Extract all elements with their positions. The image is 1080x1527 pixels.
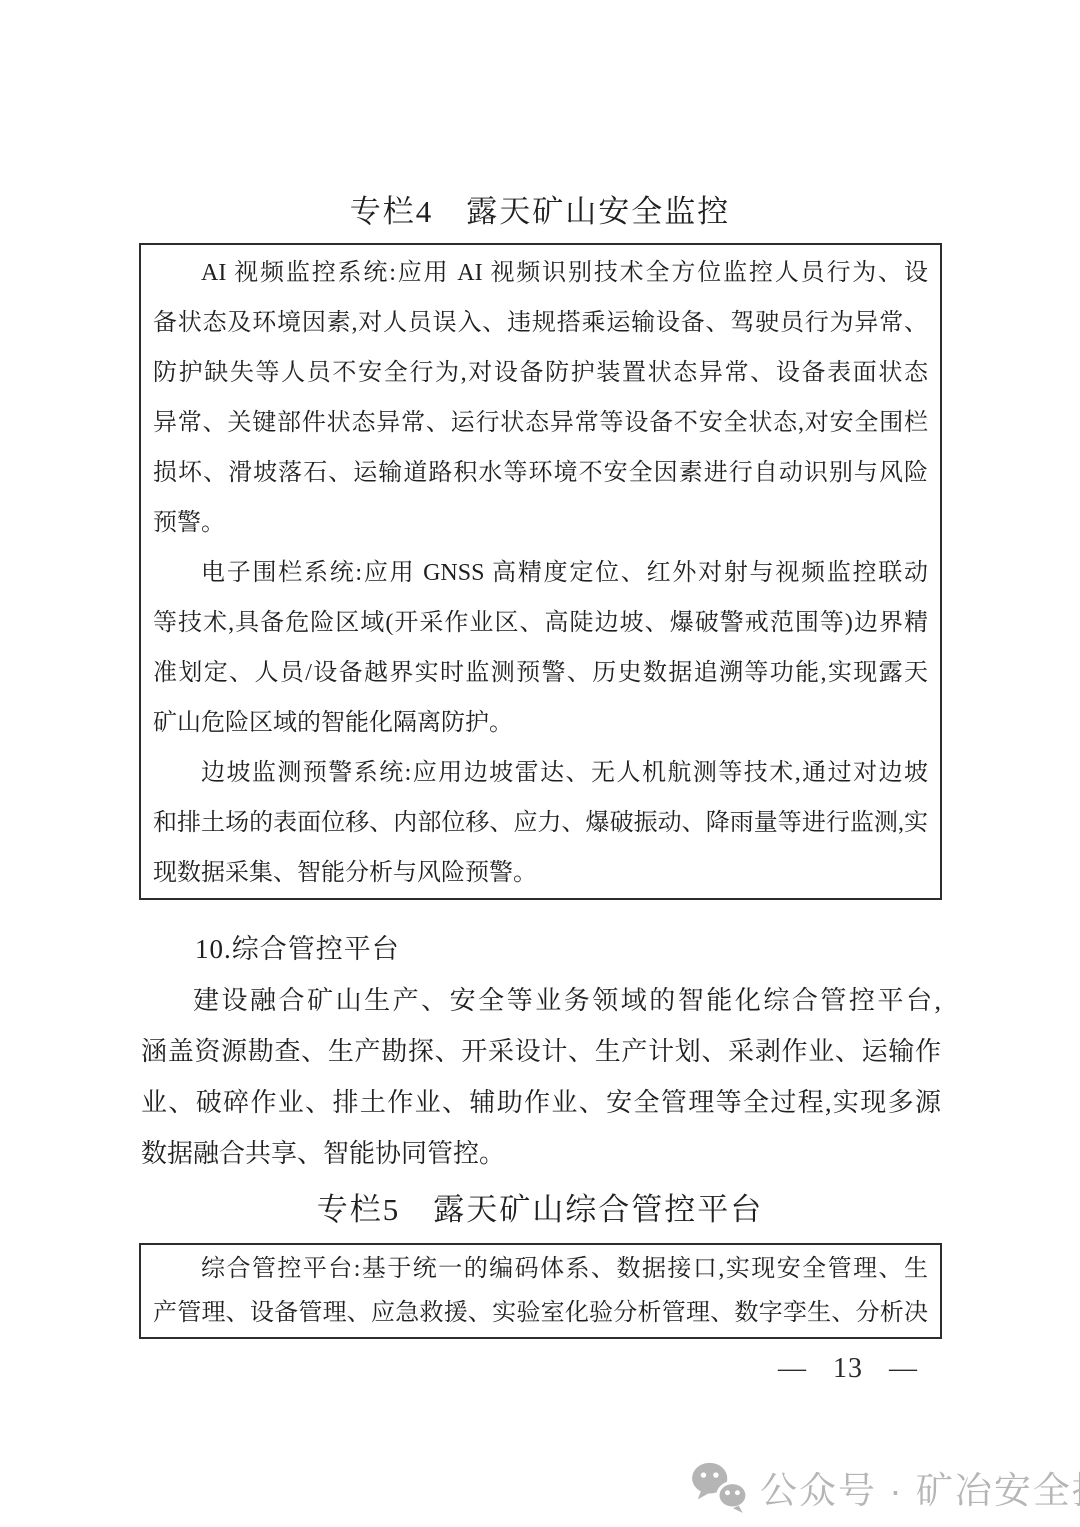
text-line: 业、破碎作业、排土作业、辅助作业、安全管理等全过程,实现多源 [141,1077,941,1128]
safety-monitoring-box: AI 视频监控系统:应用 AI 视频识别技术全方位监控人员行为、设备状态及环境因… [139,243,942,900]
text-line: 预警。 [153,498,928,548]
document-page: 专栏4 露天矿山安全监控 AI 视频监控系统:应用 AI 视频识别技术全方位监控… [0,0,1080,1527]
text-line: 综合管控平台:基于统一的编码体系、数据接口,实现安全管理、生 [153,1247,928,1291]
text-line: 电子围栏系统:应用 GNSS 高精度定位、红外对射与视频监控联动 [153,548,928,598]
wechat-icon [690,1461,748,1513]
page-number: — 13 — [778,1353,918,1385]
text-line: 损坏、滑坡落石、运输道路积水等环境不安全因素进行自动识别与风险 [153,448,928,498]
text-line: 准划定、人员/设备越界实时监测预警、历史数据追溯等功能,实现露天 [153,648,928,698]
wechat-watermark: 公众号 · 矿冶安全技术 [690,1460,1080,1514]
text-line: 备状态及环境因素,对人员误入、违规搭乘运输设备、驾驶员行为异常、 [153,298,928,348]
watermark-label: 公众号 · 矿冶安全技术 [760,1460,1080,1514]
text-line: 产管理、设备管理、应急救援、实验室化验分析管理、数字孪生、分析决策 [153,1291,928,1335]
text-line: 等技术,具备危险区域(开采作业区、高陡边坡、爆破警戒范围等)边界精 [153,598,928,648]
text-line: 和排土场的表面位移、内部位移、应力、爆破振动、降雨量等进行监测,实 [153,798,928,848]
text-line: 防护缺失等人员不安全行为,对设备防护装置状态异常、设备表面状态 [153,348,928,398]
text-line: 现数据采集、智能分析与风险预警。 [153,848,928,898]
section-heading-10: 10.综合管控平台 [141,927,400,966]
text-line: 建设融合矿山生产、安全等业务领域的智能化综合管控平台, [141,975,941,1026]
text-line: 涵盖资源勘查、生产勘探、开采设计、生产计划、采剥作业、运输作 [141,1026,941,1077]
text-line: AI 视频监控系统:应用 AI 视频识别技术全方位监控人员行为、设 [153,248,928,298]
text-line: 矿山危险区域的智能化隔离防护。 [153,698,928,748]
text-line: 数据融合共享、智能协同管控。 [141,1128,941,1179]
box5-title: 专栏5 露天矿山综合管控平台 [0,1184,1080,1229]
text-line: 边坡监测预警系统:应用边坡雷达、无人机航测等技术,通过对边坡 [153,748,928,798]
box4-title: 专栏4 露天矿山安全监控 [0,186,1080,231]
platform-box: 综合管控平台:基于统一的编码体系、数据接口,实现安全管理、生产管理、设备管理、应… [139,1243,942,1339]
text-line: 异常、关键部件状态异常、运行状态异常等设备不安全状态,对安全围栏 [153,398,928,448]
section10-paragraph: 建设融合矿山生产、安全等业务领域的智能化综合管控平台,涵盖资源勘查、生产勘探、开… [141,975,941,1179]
